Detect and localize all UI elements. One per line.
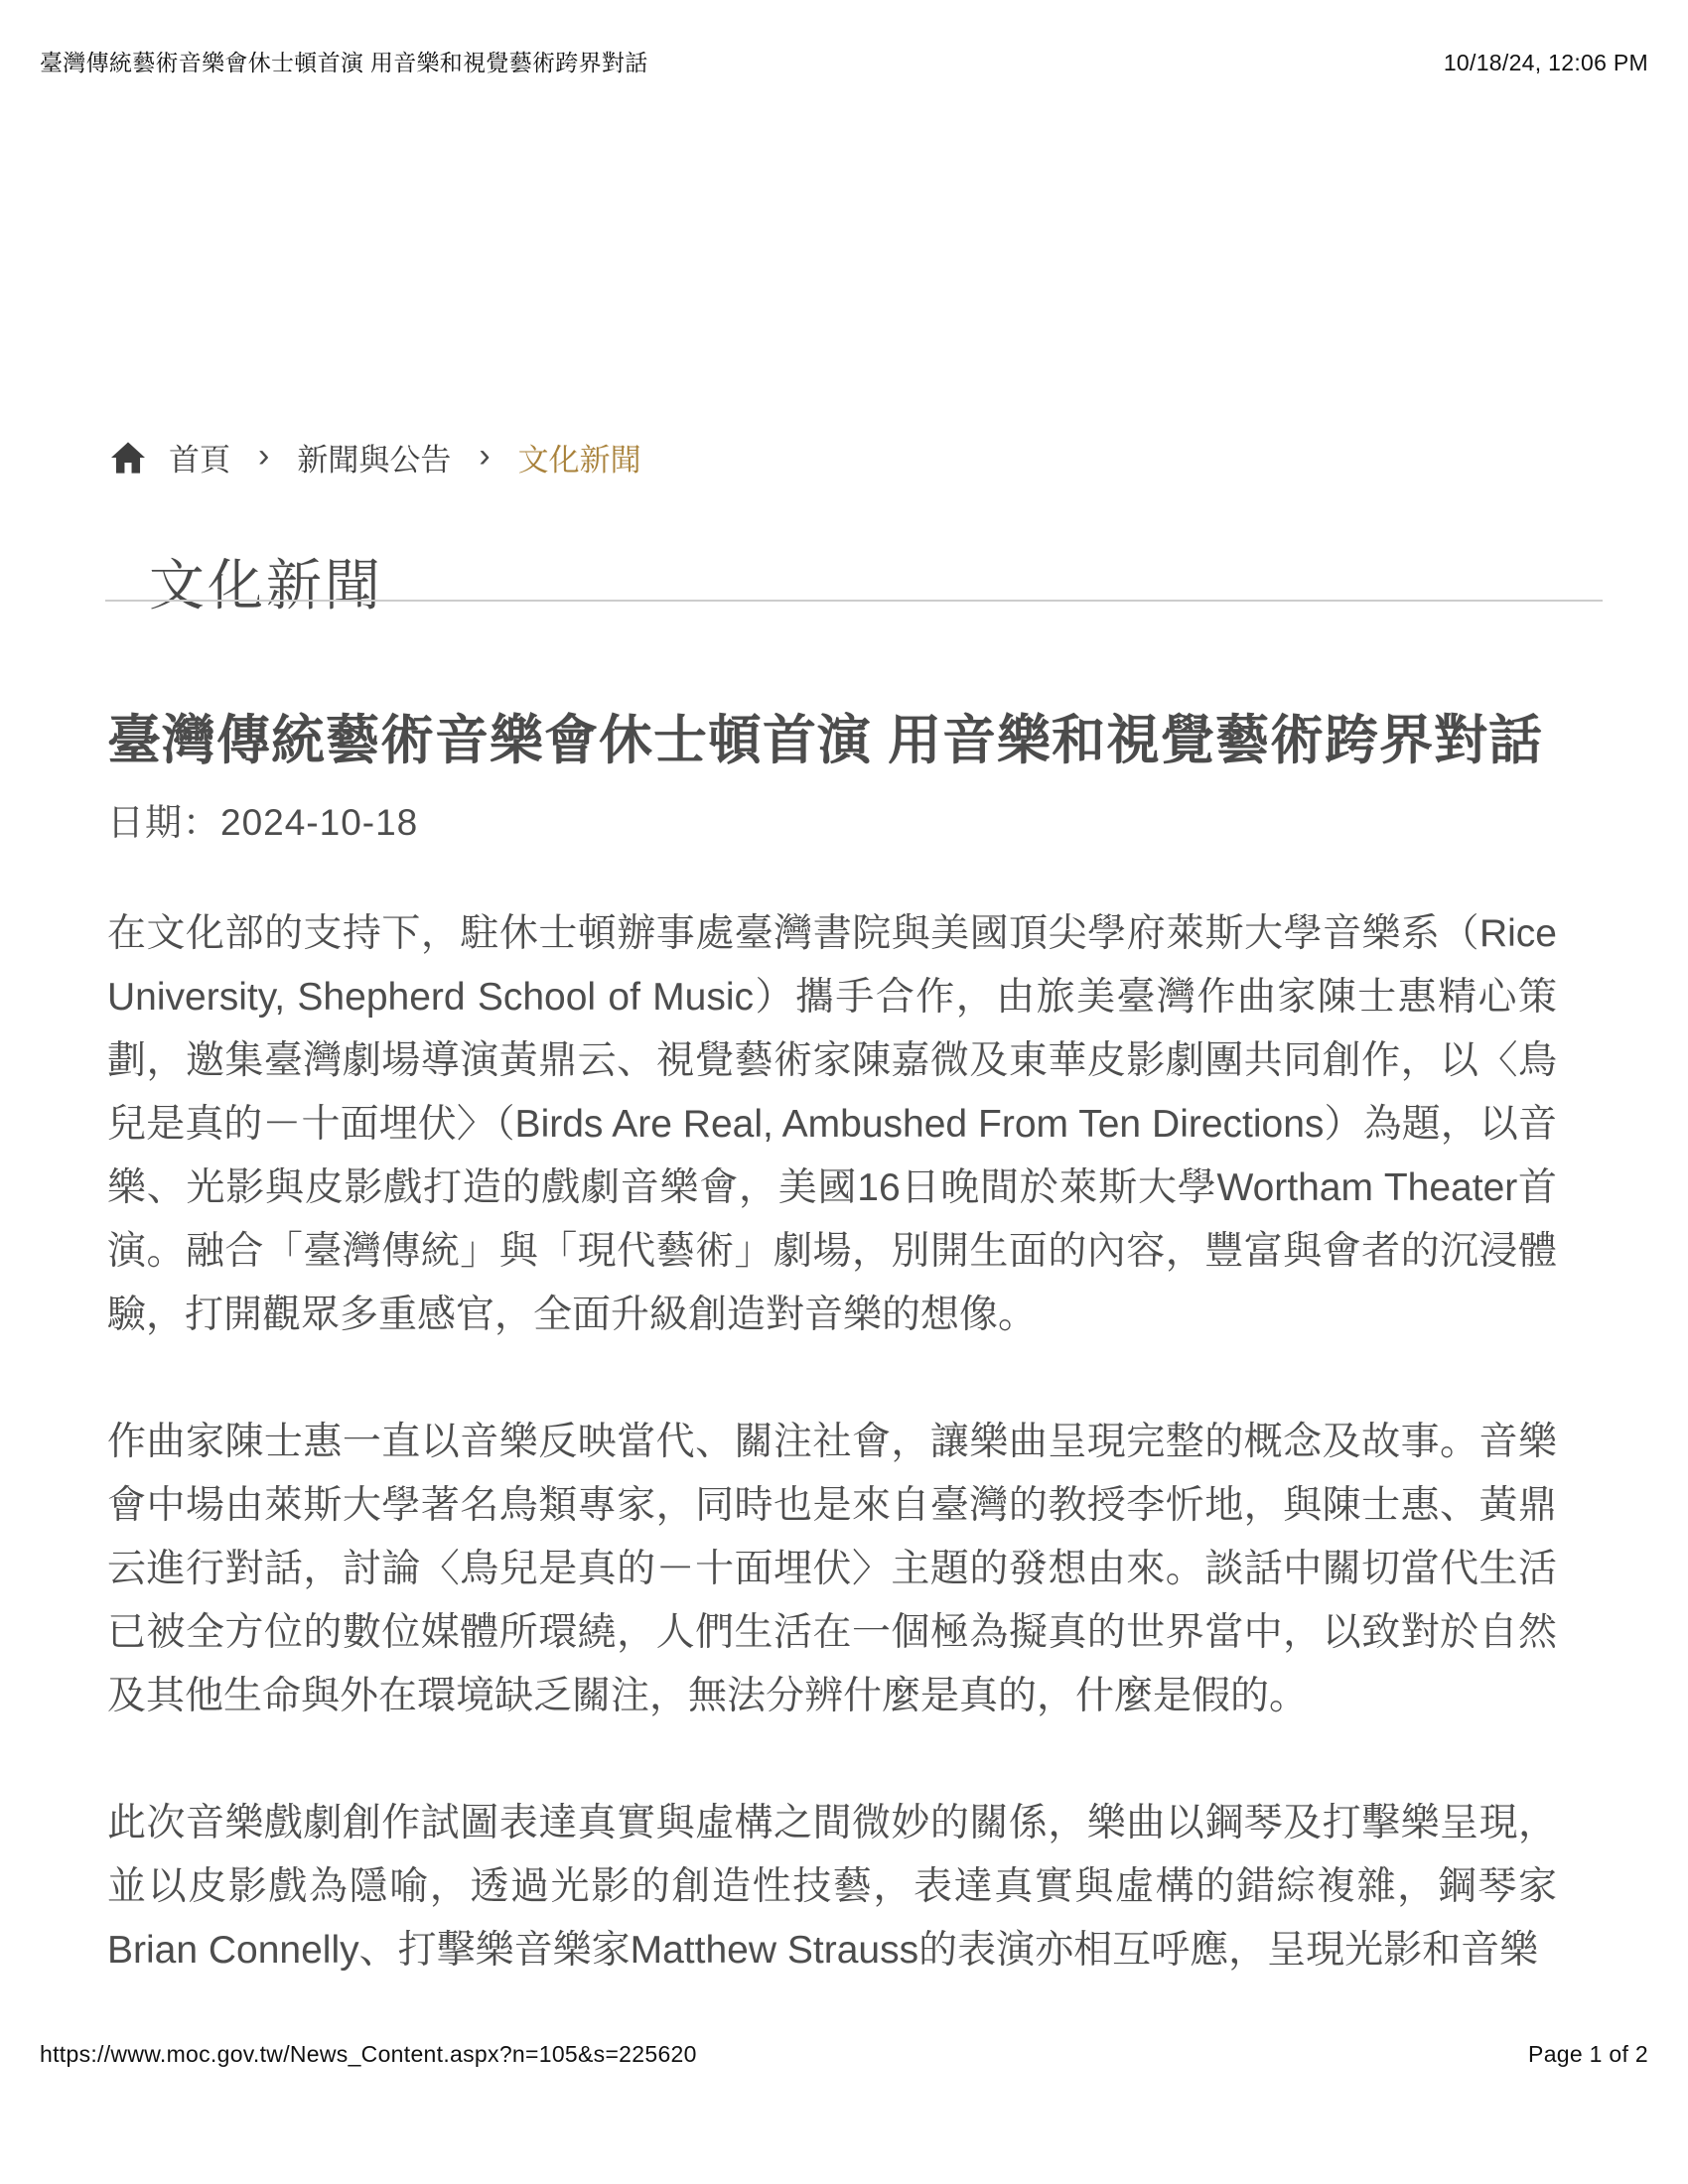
- article-paragraph: 此次音樂戲劇創作試圖表達真實與虛構之間微妙的關係，樂曲以鋼琴及打擊樂呈現，並以皮…: [107, 1792, 1557, 1982]
- print-footer-page-number: Page 1 of 2: [1528, 2041, 1648, 2068]
- breadcrumb-item-news-announcements[interactable]: 新聞與公告: [297, 435, 451, 479]
- breadcrumb-item-home[interactable]: 首頁: [169, 435, 230, 479]
- breadcrumb-separator-icon: ›: [258, 439, 269, 473]
- print-footer: https://www.moc.gov.tw/News_Content.aspx…: [40, 2041, 1648, 2068]
- page-title: 文化新聞: [149, 542, 383, 621]
- article-date: 日期：2024-10-18: [107, 792, 418, 846]
- breadcrumb-separator-icon: ›: [479, 439, 490, 473]
- print-preview-page: { "print_header": { "title": "臺灣傳統藝術音樂會休…: [0, 0, 1688, 2184]
- article-body: 在文化部的支持下，駐休士頓辦事處臺灣書院與美國頂尖學府萊斯大學音樂系（Rice …: [107, 902, 1557, 1982]
- print-footer-url: https://www.moc.gov.tw/News_Content.aspx…: [40, 2041, 697, 2068]
- breadcrumb-item-culture-news[interactable]: 文化新聞: [518, 435, 641, 479]
- print-header: 臺灣傳統藝術音樂會休士頓首演 用音樂和視覺藝術跨界對話 10/18/24, 12…: [40, 45, 1648, 77]
- home-icon[interactable]: [111, 442, 145, 474]
- article-paragraph: 作曲家陳士惠一直以音樂反映當代、關注社會，讓樂曲呈現完整的概念及故事。音樂會中場…: [107, 1411, 1557, 1728]
- print-header-title: 臺灣傳統藝術音樂會休士頓首演 用音樂和視覺藝術跨界對話: [40, 45, 648, 77]
- section-divider: [105, 600, 1603, 602]
- article-title: 臺灣傳統藝術音樂會休士頓首演 用音樂和視覺藝術跨界對話: [107, 708, 1567, 775]
- breadcrumb: 首頁 › 新聞與公告 › 文化新聞: [111, 435, 641, 479]
- print-header-datetime: 10/18/24, 12:06 PM: [1444, 50, 1648, 76]
- article-paragraph: 在文化部的支持下，駐休士頓辦事處臺灣書院與美國頂尖學府萊斯大學音樂系（Rice …: [107, 902, 1557, 1347]
